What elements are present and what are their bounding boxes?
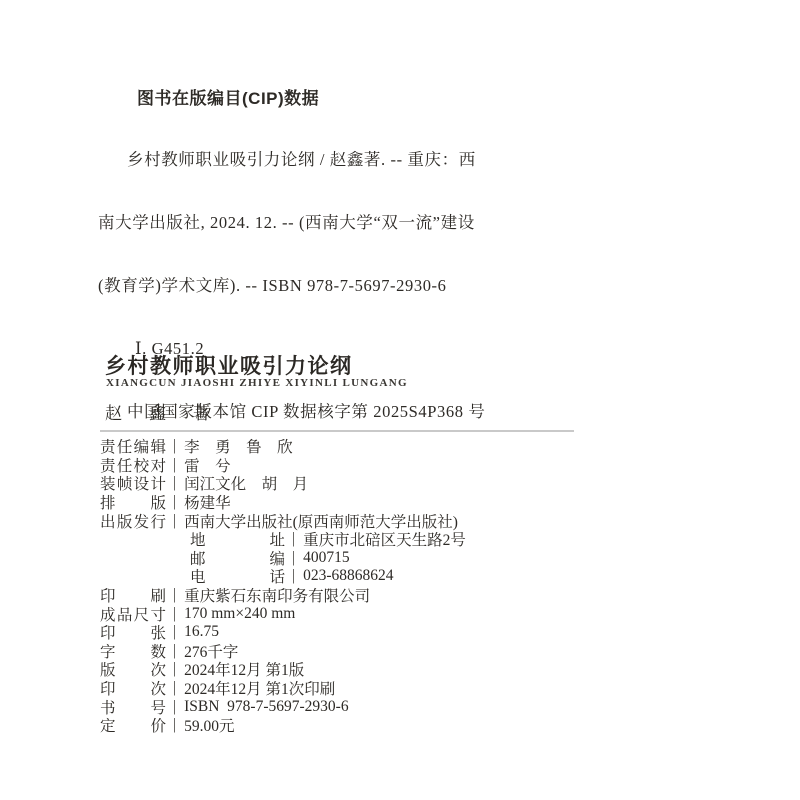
colophon-row: 印 张 | 16.75 (100, 623, 620, 642)
copyright-page: 图书在版编目(CIP)数据 乡村教师职业吸引力论纲 / 赵鑫著. -- 重庆：西… (0, 0, 800, 800)
colophon-row: 印 次 | 2024年12月 第1次印刷 (100, 679, 620, 698)
colophon-row-separator: | (166, 623, 184, 641)
colophon-row-separator: | (285, 530, 303, 548)
colophon-row: 成品尺寸 | 170 mm×240 mm (100, 604, 620, 623)
colophon-row-separator: | (285, 549, 303, 567)
cip-line: 乡村教师职业吸引力论纲 / 赵鑫著. -- 重庆：西 (127, 149, 578, 170)
colophon-row-separator: | (166, 716, 184, 734)
cip-line: 南大学出版社, 2024. 12. -- (西南大学“双一流”建设 (98, 212, 578, 233)
colophon-row: 排 版 | 杨建华 (100, 493, 620, 512)
colophon-row-label: 定 价 (100, 714, 166, 736)
colophon-row: 装帧设计 | 闰江文化 胡 月 (100, 474, 620, 493)
book-title-pinyin: XIANGCUN JIAOSHI ZHIYE XIYINLI LUNGANG (106, 377, 408, 389)
colophon-row-value: 重庆市北碚区天生路2号 (303, 528, 466, 550)
book-title: 乡村教师职业吸引力论纲 (105, 350, 353, 380)
colophon-row-value: 重庆紫石东南印务有限公司 (184, 584, 370, 606)
colophon-row-value: ISBN 978-7-5697-2930-6 (184, 698, 348, 716)
colophon-row-separator: | (166, 474, 184, 492)
colophon-list: 责任编辑 | 李 勇 鲁 欣 责任校对 | 雷 兮 装帧设计 | 闰江文化 胡 … (100, 437, 620, 735)
cip-header: 图书在版编目(CIP)数据 (137, 84, 319, 109)
colophon-row-separator: | (285, 567, 303, 585)
colophon-row-separator: | (166, 456, 184, 474)
colophon-row: 字 数 | 276千字 (100, 642, 620, 661)
colophon-row: 责任编辑 | 李 勇 鲁 欣 (100, 437, 620, 456)
colophon-row-separator: | (166, 679, 184, 697)
colophon-row: 邮 编 | 400715 (100, 549, 620, 568)
colophon-row-value: 59.00元 (184, 714, 234, 736)
colophon-row: 电 话 | 023-68868624 (100, 567, 620, 586)
colophon-row-separator: | (166, 586, 184, 604)
colophon-row-label: 出版发行 (100, 510, 166, 532)
colophon-row-value: 170 mm×240 mm (184, 605, 295, 623)
colophon-row-value: 023-68868624 (303, 567, 393, 585)
colophon-row-value: 400715 (303, 549, 350, 567)
colophon-row-separator: | (166, 605, 184, 623)
colophon-row-value: 16.75 (184, 623, 219, 641)
colophon-row-separator: | (166, 660, 184, 678)
colophon-row: 定 价 | 59.00元 (100, 716, 620, 735)
colophon-row: 书 号 | ISBN 978-7-5697-2930-6 (100, 697, 620, 716)
colophon-row: 版 次 | 2024年12月 第1版 (100, 660, 620, 679)
colophon-row: 印 刷 | 重庆紫石东南印务有限公司 (100, 586, 620, 605)
book-author: 赵 鑫 著 (105, 399, 215, 424)
colophon-row: 地 址 | 重庆市北碚区天生路2号 (100, 530, 620, 549)
colophon-row: 责任校对 | 雷 兮 (100, 456, 620, 475)
colophon-row-value: 2024年12月 第1次印刷 (184, 677, 335, 699)
colophon-row-separator: | (166, 437, 184, 455)
colophon-row-separator: | (166, 698, 184, 716)
colophon-row-separator: | (166, 493, 184, 511)
colophon-row: 出版发行 | 西南大学出版社(原西南师范大学出版社) (100, 511, 620, 530)
cip-line: (教育学)学术文库). -- ISBN 978-7-5697-2930-6 (98, 275, 578, 296)
divider-rule (100, 430, 574, 432)
colophon-row-separator: | (166, 642, 184, 660)
colophon-row-separator: | (166, 512, 184, 530)
